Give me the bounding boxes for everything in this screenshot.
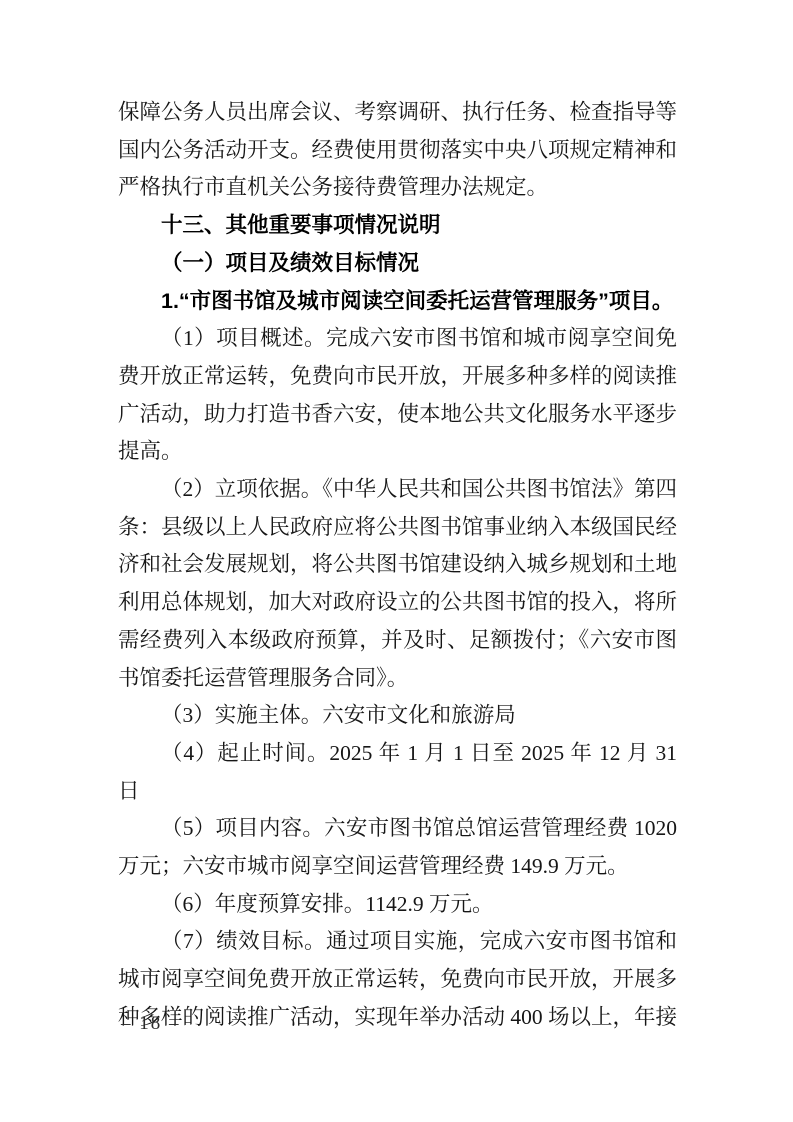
body-paragraph: （2）立项依据。《中华人民共和国公共图书馆法》第四条：县级以上人民政府应将公共图… bbox=[118, 471, 677, 697]
section-heading: 1.“市图书馆及城市阅读空间委托运营管理服务”项目。 bbox=[118, 283, 677, 321]
section-heading: 十三、其他重要事项情况说明 bbox=[118, 207, 677, 245]
body-paragraph: （3）实施主体。六安市文化和旅游局 bbox=[118, 697, 677, 735]
page-number: – 18 – bbox=[121, 1013, 181, 1035]
body-paragraph: （7）绩效目标。通过项目实施，完成六安市图书馆和城市阅享空间免费开放正常运转，免… bbox=[118, 923, 677, 1036]
body-paragraph: （4）起止时间。2025 年 1 月 1 日至 2025 年 12 月 31 日 bbox=[118, 735, 677, 810]
body-paragraph: （6）年度预算安排。1142.9 万元。 bbox=[118, 886, 677, 924]
section-heading: （一）项目及绩效目标情况 bbox=[118, 245, 677, 283]
document-page: 保障公务人员出席会议、考察调研、执行任务、检查指导等国内公务活动开支。经费使用贯… bbox=[0, 0, 793, 1122]
body-paragraph: 保障公务人员出席会议、考察调研、执行任务、检查指导等国内公务活动开支。经费使用贯… bbox=[118, 94, 677, 207]
body-paragraph: （1）项目概述。完成六安市图书馆和城市阅享空间免费开放正常运转，免费向市民开放，… bbox=[118, 320, 677, 471]
document-content: 保障公务人员出席会议、考察调研、执行任务、检查指导等国内公务活动开支。经费使用贯… bbox=[118, 94, 677, 1037]
body-paragraph: （5）项目内容。六安市图书馆总馆运营管理经费 1020 万元；六安市城市阅享空间… bbox=[118, 810, 677, 885]
